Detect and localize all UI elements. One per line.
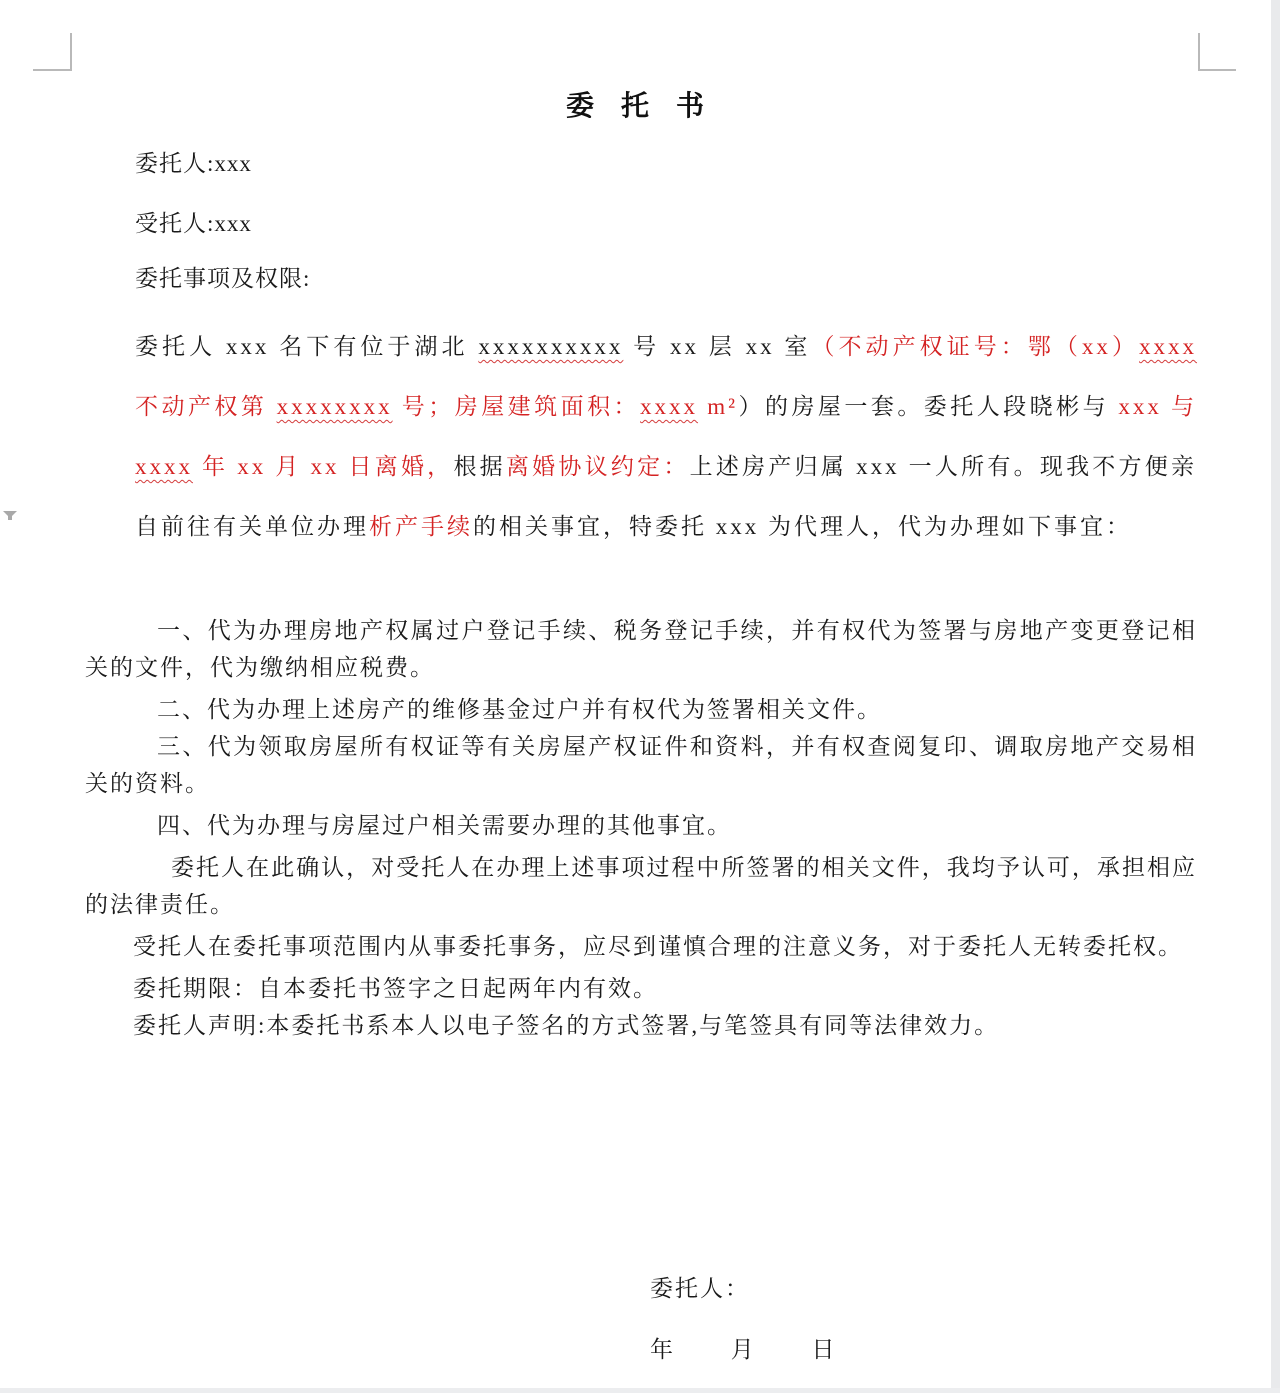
paragraph-segment: xxxx [135,454,193,479]
paragraph-segment: 析产手续 [369,514,473,539]
clause-4: 四、代为办理与房屋过户相关需要办理的其他事宜。 [85,807,1197,844]
clause-1: 一、代为办理房地产权属过户登记手续、税务登记手续，并有权代为签署与房地产变更登记… [85,612,1197,686]
paragraph-segment: 号；房屋建筑面积： [393,394,640,419]
paragraph-segment: xxxxxxxxxx [478,334,623,359]
app-background-right-edge [1271,0,1280,1393]
principal-line: 委托人:xxx [135,145,252,178]
paragraph-segment: ）的房屋一套。委托人段晓彬与 [738,394,1118,419]
document-page: { "colors": { "text": "#1a1a1a", "accent… [0,0,1280,1393]
paragraph-segment: 年 xx 月 xx 日离婚， [193,454,453,479]
document-title: 委 托 书 [0,84,1280,124]
paragraph-segment: xxxx [640,394,698,419]
clause-confirmation: 委托人在此确认，对受托人在办理上述事项过程中所签署的相关文件，我均予认可，承担相… [85,849,1197,923]
clause-declaration: 委托人声明:本委托书系本人以电子签名的方式签署,与笔签具有同等法律效力。 [85,1007,1197,1044]
app-background-bottom-edge [0,1388,1280,1393]
paragraph-segment: 委托人 xxx 名下有位于湖北 [135,334,478,359]
paragraph-segment: m² [698,394,738,419]
date-month-label: 月 [731,1331,754,1364]
paragraph-segment: 号 xx 层 xx 室 [623,334,811,359]
paragraph-segment: 不动产权第 [135,394,277,419]
clause-3: 三、代为领取房屋所有权证等有关房屋产权证件和资料，并有权查阅复印、调取房地产交易… [85,728,1197,802]
date-day-label: 日 [812,1331,835,1364]
paragraph-segment: xxxx [1139,334,1197,359]
clause-term: 委托期限：自本委托书签字之日起两年内有效。 [85,970,1197,1007]
paragraph-segment: （不动产权证号：鄂（xx） [811,334,1139,359]
paragraph-segment: 的相关事宜，特委托 xxx 为代理人，代为办理如下事宜： [473,514,1132,539]
margin-crop-mark-top-left [33,33,72,71]
paragraph-segment: 根据 [453,454,506,479]
paragraph-segment: xxx 与 [1118,394,1197,419]
matters-heading: 委托事项及权限: [135,260,310,293]
agent-line: 受托人:xxx [135,205,252,238]
main-paragraph: 委托人 xxx 名下有位于湖北 xxxxxxxxxx 号 xx 层 xx 室（不… [135,317,1197,557]
clauses-section: 一、代为办理房地产权属过户登记手续、税务登记手续，并有权代为签署与房地产变更登记… [85,612,1197,1044]
clause-2: 二、代为办理上述房产的维修基金过户并有权代为签署相关文件。 [85,691,1197,728]
signature-label: 委托人： [650,1270,750,1303]
clause-agent-duty: 受托人在委托事项范围内从事委托事务，应尽到谨慎合理的注意义务，对于委托人无转委托… [85,928,1197,965]
date-line: 年 月 日 [650,1331,835,1364]
date-year-label: 年 [650,1331,673,1364]
paragraph-segment: 离婚协议约定： [506,454,690,479]
ruler-indent-marker-icon [3,511,17,518]
margin-crop-mark-top-right [1198,33,1236,71]
paragraph-segment: xxxxxxxx [277,394,393,419]
